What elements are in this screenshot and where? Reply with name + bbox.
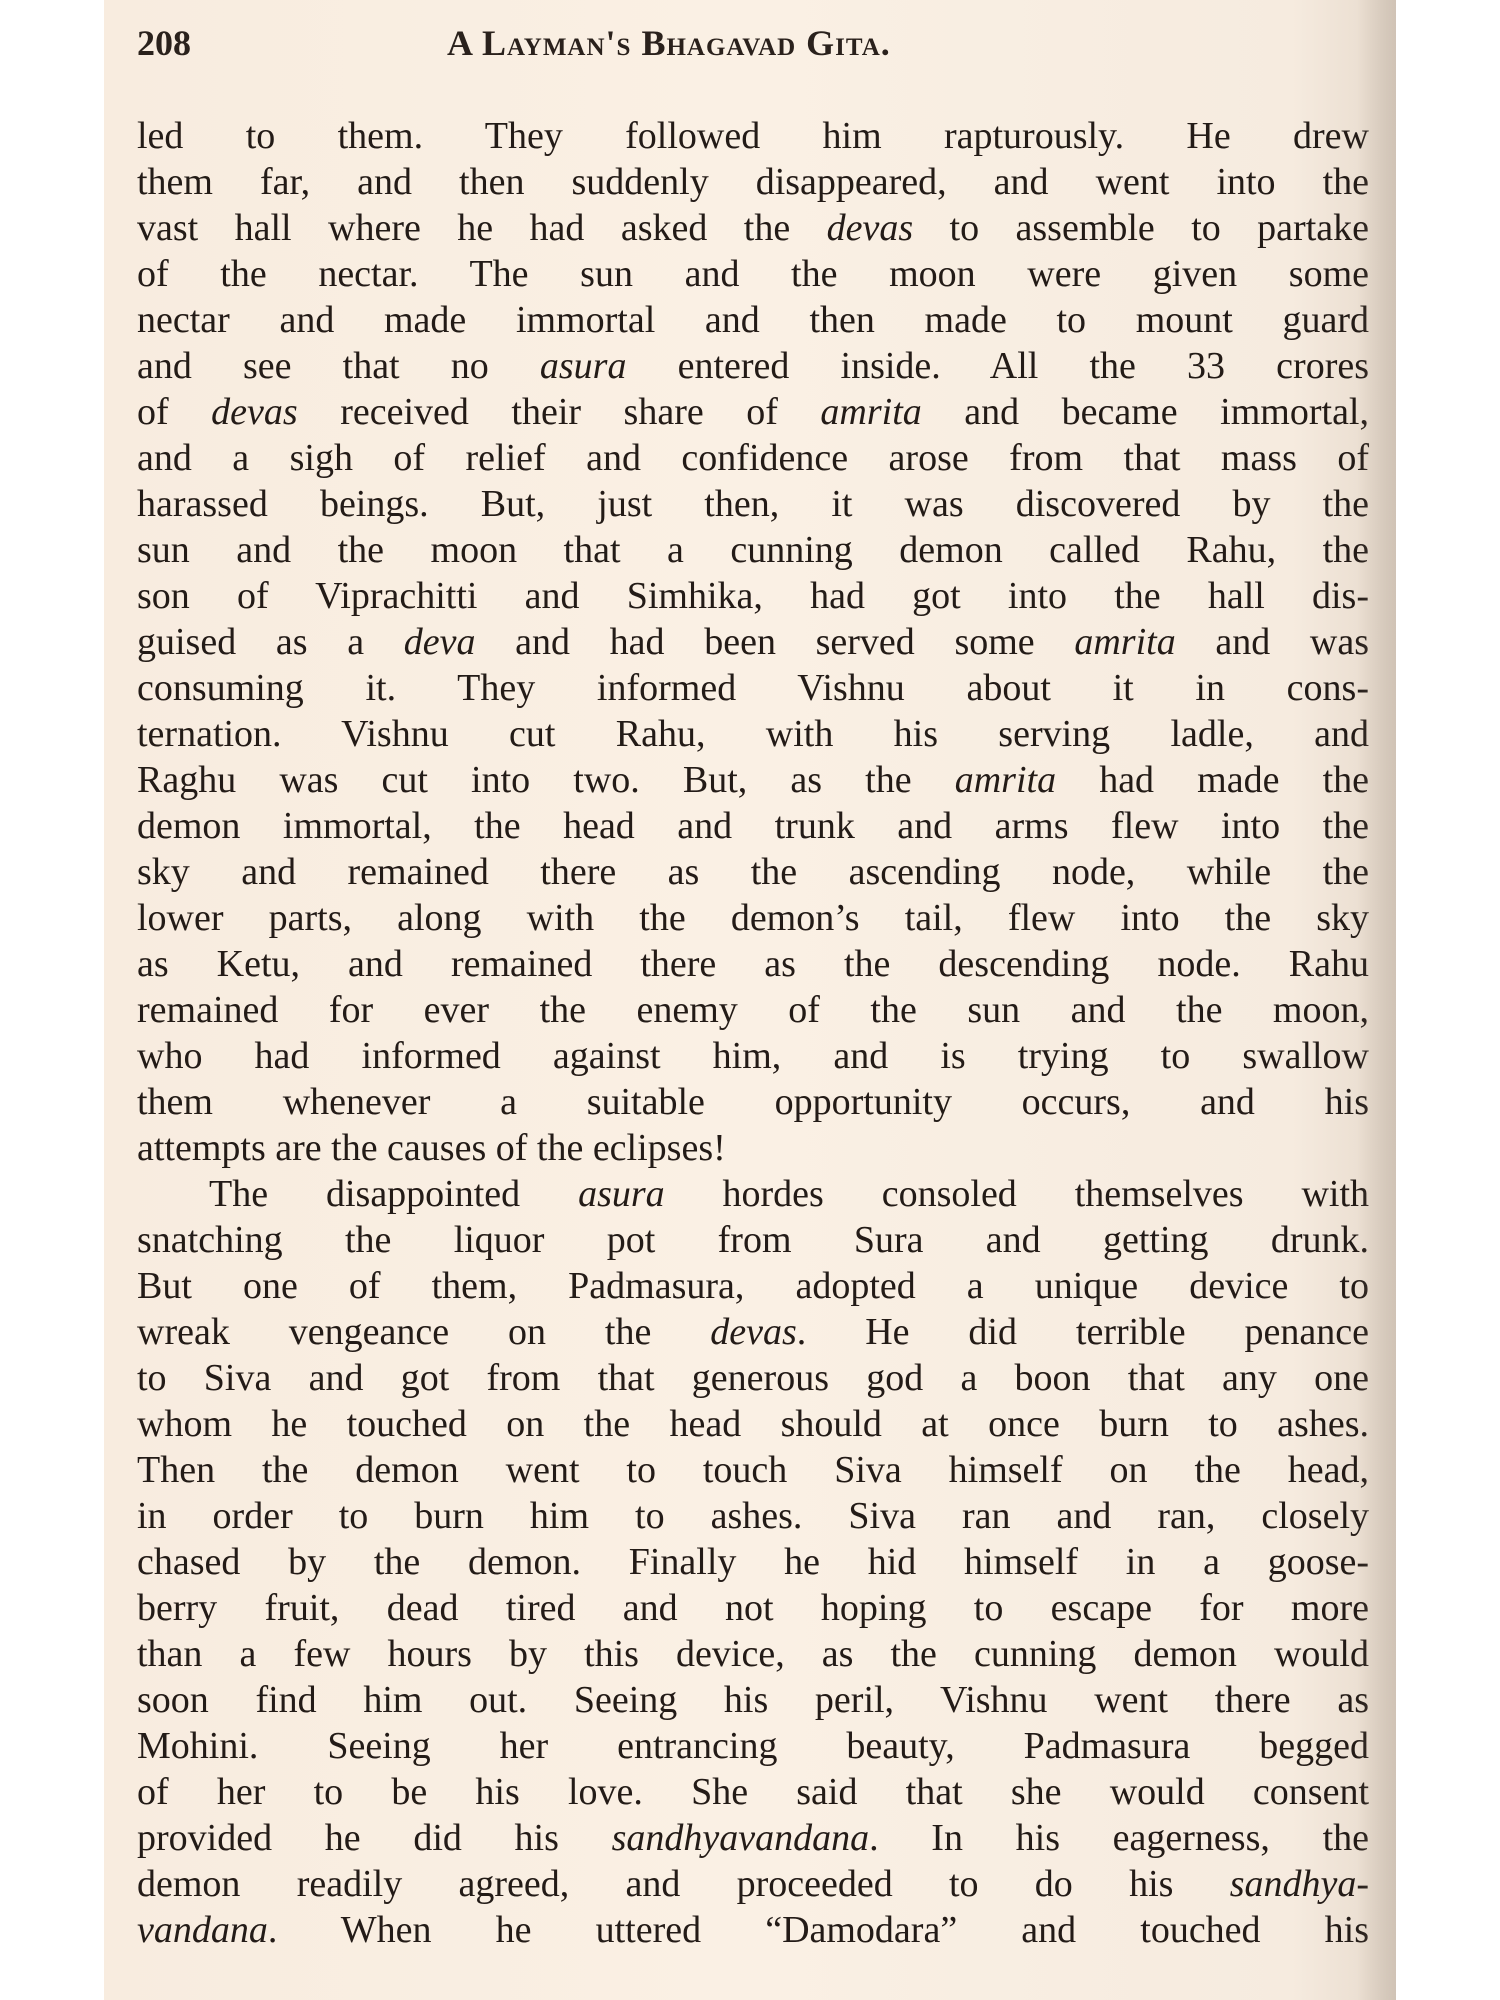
text-run: Mohini. Seeing her entrancing beauty, Pa… [137, 1725, 1369, 1767]
text-run: of [137, 391, 211, 433]
text-run: provided he did his [137, 1817, 612, 1859]
text-run: Then the demon went to touch Siva himsel… [137, 1449, 1369, 1491]
text-run: than a few hours by this device, as the … [137, 1633, 1369, 1675]
text-run: hordes consoled themselves with [665, 1173, 1369, 1215]
text-run: wreak vengeance on the [137, 1311, 710, 1353]
italic-term: amrita [1074, 621, 1175, 663]
italic-term: vandana [137, 1909, 268, 1951]
text-run: nectar and made immortal and then made t… [137, 299, 1369, 341]
text-run: them whenever a suitable opportunity occ… [137, 1081, 1369, 1123]
text-line: led to them. They followed him rapturous… [137, 113, 1369, 159]
italic-term: deva [404, 621, 476, 663]
text-run: them far, and then suddenly disappeared,… [137, 161, 1369, 203]
text-run: But one of them, Padmasura, adopted a un… [137, 1265, 1369, 1307]
body-text: led to them. They followed him rapturous… [137, 113, 1369, 1953]
text-line: of devas received their share of amrita … [137, 389, 1369, 435]
text-run: in order to burn him to ashes. Siva ran … [137, 1495, 1369, 1537]
text-run: vast hall where he had asked the [137, 207, 827, 249]
text-run: and a sigh of relief and confidence aros… [137, 437, 1369, 479]
text-run: snatching the liquor pot from Sura and g… [137, 1219, 1369, 1261]
italic-term: amrita [955, 759, 1056, 801]
book-page: 208 A Layman's Bhagavad Gita. led to the… [104, 0, 1396, 2000]
text-line: them whenever a suitable opportunity occ… [137, 1079, 1369, 1125]
text-run: . In his eagerness, the [869, 1817, 1369, 1859]
text-line: demon readily agreed, and proceeded to d… [137, 1861, 1369, 1907]
text-line: them far, and then suddenly disappeared,… [137, 159, 1369, 205]
text-run: . He did terrible penance [797, 1311, 1369, 1353]
text-line: remained for ever the enemy of the sun a… [137, 987, 1369, 1033]
text-run: demon readily agreed, and proceeded to d… [137, 1863, 1230, 1905]
text-line: soon find him out. Seeing his peril, Vis… [137, 1677, 1369, 1723]
text-line: berry fruit, dead tired and not hoping t… [137, 1585, 1369, 1631]
running-head: A Layman's Bhagavad Gita. [447, 22, 891, 64]
paragraph: The disappointed asura hordes consoled t… [137, 1171, 1369, 1953]
text-run: and became immortal, [922, 391, 1369, 433]
text-run: . When he uttered “Damodara” and touched… [268, 1909, 1369, 1951]
text-run: demon immortal, the head and trunk and a… [137, 805, 1369, 847]
italic-term: asura [578, 1173, 665, 1215]
text-line: vandana. When he uttered “Damodara” and … [137, 1907, 1369, 1953]
text-run: to Siva and got from that generous god a… [137, 1357, 1369, 1399]
text-run: as Ketu, and remained there as the desce… [137, 943, 1369, 985]
italic-term: devas [211, 391, 298, 433]
text-line: chased by the demon. Finally he hid hims… [137, 1539, 1369, 1585]
text-line: sun and the moon that a cunning demon ca… [137, 527, 1369, 573]
text-line: attempts are the causes of the eclipses! [137, 1125, 1369, 1171]
text-line: in order to burn him to ashes. Siva ran … [137, 1493, 1369, 1539]
text-run: led to them. They followed him rapturous… [137, 115, 1369, 157]
text-run: of the nectar. The sun and the moon were… [137, 253, 1369, 295]
text-run: chased by the demon. Finally he hid hims… [137, 1541, 1369, 1583]
text-run: The disappointed [209, 1173, 578, 1215]
text-line: as Ketu, and remained there as the desce… [137, 941, 1369, 987]
text-run: had made the [1056, 759, 1369, 801]
text-run: and see that no [137, 345, 540, 387]
text-run: berry fruit, dead tired and not hoping t… [137, 1587, 1369, 1629]
text-line: son of Viprachitti and Simhika, had got … [137, 573, 1369, 619]
text-run: remained for ever the enemy of the sun a… [137, 989, 1369, 1031]
text-line: Then the demon went to touch Siva himsel… [137, 1447, 1369, 1493]
page-header: 208 A Layman's Bhagavad Gita. [137, 22, 1369, 72]
text-line: But one of them, Padmasura, adopted a un… [137, 1263, 1369, 1309]
text-line: nectar and made immortal and then made t… [137, 297, 1369, 343]
text-run: lower parts, along with the demon’s tail… [137, 897, 1369, 939]
text-run: whom he touched on the head should at on… [137, 1403, 1369, 1445]
text-line: sky and remained there as the ascending … [137, 849, 1369, 895]
text-run: soon find him out. Seeing his peril, Vis… [137, 1679, 1369, 1721]
text-line: lower parts, along with the demon’s tail… [137, 895, 1369, 941]
italic-term: sandhyavandana [612, 1817, 870, 1859]
text-run: to assemble to partake [913, 207, 1369, 249]
text-run: entered inside. All the 33 crores [626, 345, 1369, 387]
text-line: snatching the liquor pot from Sura and g… [137, 1217, 1369, 1263]
italic-term: sandhya- [1230, 1863, 1369, 1905]
text-line: guised as a deva and had been served som… [137, 619, 1369, 665]
text-run: consuming it. They informed Vishnu about… [137, 667, 1369, 709]
text-line: harassed beings. But, just then, it was … [137, 481, 1369, 527]
text-line: vast hall where he had asked the devas t… [137, 205, 1369, 251]
text-run: received their share of [298, 391, 821, 433]
text-run: Raghu was cut into two. But, as the [137, 759, 955, 801]
text-line: wreak vengeance on the devas. He did ter… [137, 1309, 1369, 1355]
text-run: and was [1176, 621, 1369, 663]
text-line: and see that no asura entered inside. Al… [137, 343, 1369, 389]
text-run: sky and remained there as the ascending … [137, 851, 1369, 893]
text-run: and had been served some [475, 621, 1074, 663]
text-line: demon immortal, the head and trunk and a… [137, 803, 1369, 849]
text-line: and a sigh of relief and confidence aros… [137, 435, 1369, 481]
italic-term: devas [827, 207, 914, 249]
text-line: consuming it. They informed Vishnu about… [137, 665, 1369, 711]
text-line: ternation. Vishnu cut Rahu, with his ser… [137, 711, 1369, 757]
text-run: sun and the moon that a cunning demon ca… [137, 529, 1369, 571]
paragraph: led to them. They followed him rapturous… [137, 113, 1369, 1171]
text-line: provided he did his sandhyavandana. In h… [137, 1815, 1369, 1861]
text-line: The disappointed asura hordes consoled t… [137, 1171, 1369, 1217]
text-line: whom he touched on the head should at on… [137, 1401, 1369, 1447]
italic-term: asura [540, 345, 627, 387]
text-run: guised as a [137, 621, 404, 663]
text-line: of the nectar. The sun and the moon were… [137, 251, 1369, 297]
text-line: to Siva and got from that generous god a… [137, 1355, 1369, 1401]
italic-term: amrita [820, 391, 921, 433]
text-line: of her to be his love. She said that she… [137, 1769, 1369, 1815]
italic-term: devas [710, 1311, 797, 1353]
page-number: 208 [137, 22, 191, 64]
text-run: harassed beings. But, just then, it was … [137, 483, 1369, 525]
text-run: ternation. Vishnu cut Rahu, with his ser… [137, 713, 1369, 755]
text-line: Raghu was cut into two. But, as the amri… [137, 757, 1369, 803]
text-line: who had informed against him, and is try… [137, 1033, 1369, 1079]
text-run: of her to be his love. She said that she… [137, 1771, 1369, 1813]
text-run: son of Viprachitti and Simhika, had got … [137, 575, 1369, 617]
text-line: than a few hours by this device, as the … [137, 1631, 1369, 1677]
text-run: attempts are the causes of the eclipses! [137, 1127, 726, 1169]
text-run: who had informed against him, and is try… [137, 1035, 1369, 1077]
text-line: Mohini. Seeing her entrancing beauty, Pa… [137, 1723, 1369, 1769]
